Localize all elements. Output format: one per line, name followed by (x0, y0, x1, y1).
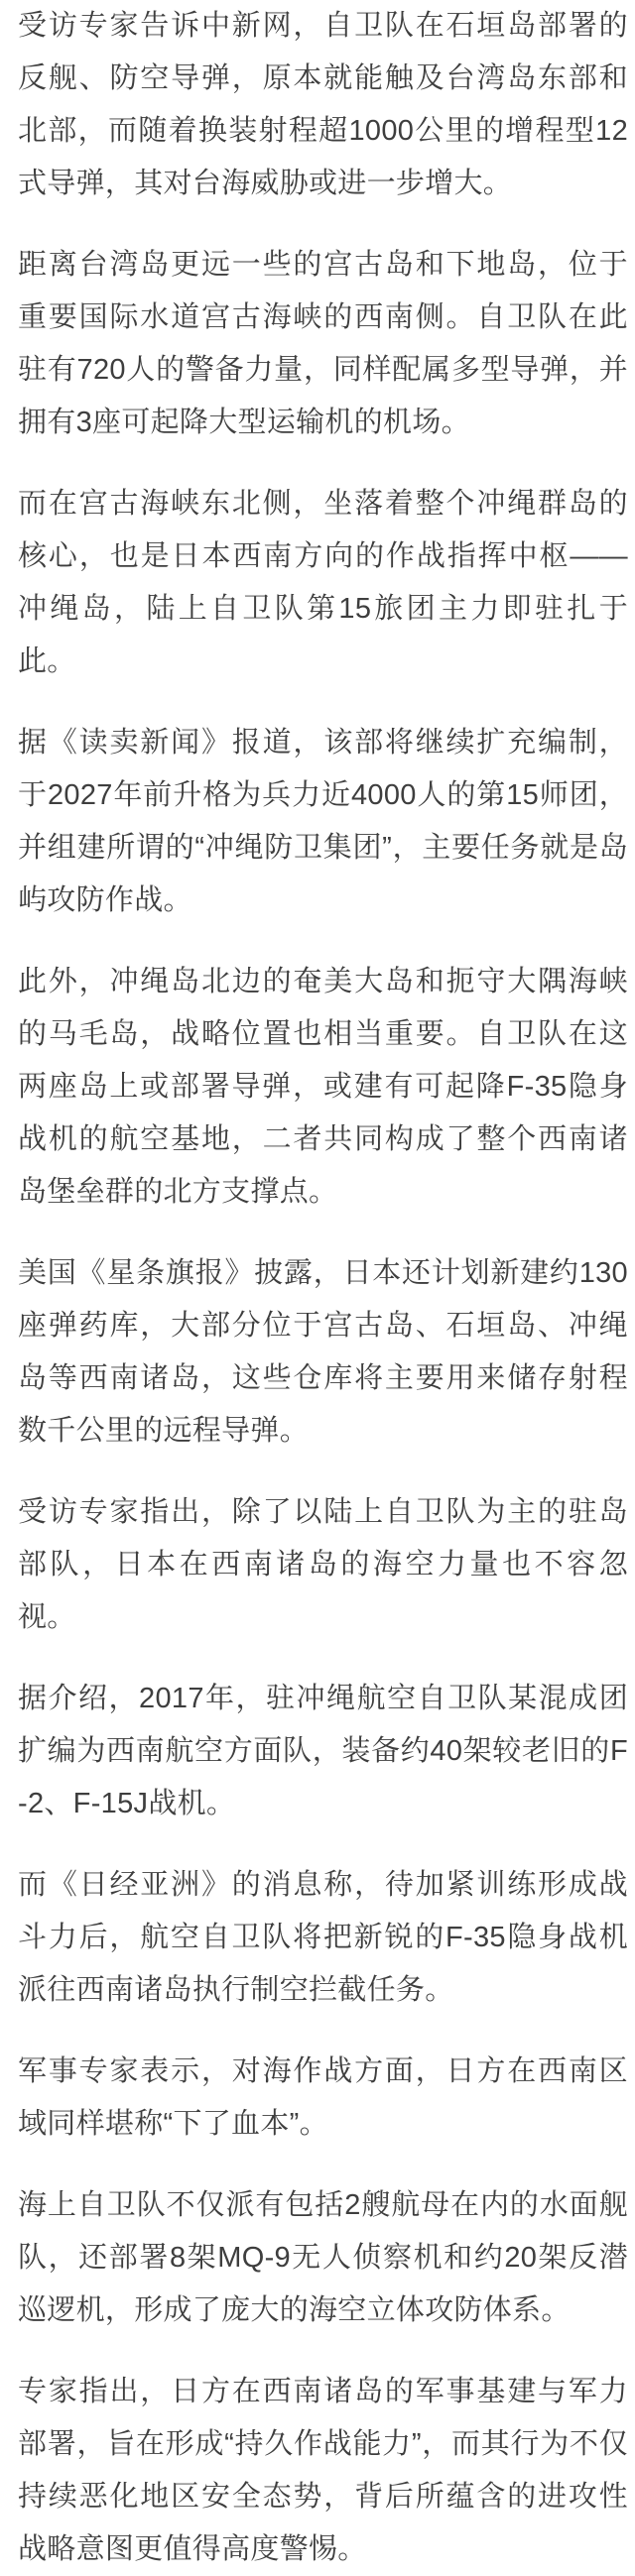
article-paragraph: 军事专家表示，对海作战方面，日方在西南区域同样堪称“下了血本”。 (18, 2046, 628, 2151)
article-paragraph: 专家指出，日方在西南诸岛的军事基建与军力部署，旨在形成“持久作战能力”，而其行为… (18, 2366, 628, 2576)
article-paragraph: 而《日经亚洲》的消息称，待加紧训练形成战斗力后，航空自卫队将把新锐的F-35隐身… (18, 1859, 628, 2017)
article-paragraph: 美国《星条旗报》披露，日本还计划新建约130座弹药库，大部分位于宫古岛、石垣岛、… (18, 1247, 628, 1458)
article-paragraph: 据介绍，2017年，驻冲绳航空自卫队某混成团扩编为西南航空方面队，装备约40架较… (18, 1673, 628, 1830)
article-paragraph: 距离台湾岛更远一些的宫古岛和下地岛，位于重要国际水道宫古海峡的西南侧。自卫队在此… (18, 239, 628, 449)
article-paragraph: 据《读卖新闻》报道，该部将继续扩充编制，于2027年前升格为兵力近4000人的第… (18, 717, 628, 927)
article-paragraph: 受访专家指出，除了以陆上自卫队为主的驻岛部队，日本在西南诸岛的海空力量也不容忽视… (18, 1486, 628, 1644)
article-paragraph: 受访专家告诉中新网，自卫队在石垣岛部署的反舰、防空导弹，原本就能触及台湾岛东部和… (18, 0, 628, 210)
article-paragraph: 海上自卫队不仅派有包括2艘航母在内的水面舰队，还部署8架MQ-9无人侦察机和约2… (18, 2179, 628, 2337)
article-body: 受访专家告诉中新网，自卫队在石垣岛部署的反舰、防空导弹，原本就能触及台湾岛东部和… (18, 0, 628, 2576)
article-paragraph: 此外，冲绳岛北边的奄美大岛和扼守大隅海峡的马毛岛，战略位置也相当重要。自卫队在这… (18, 956, 628, 1219)
article-paragraph: 而在宫古海峡东北侧，坐落着整个冲绳群岛的核心，也是日本西南方向的作战指挥中枢——… (18, 478, 628, 688)
